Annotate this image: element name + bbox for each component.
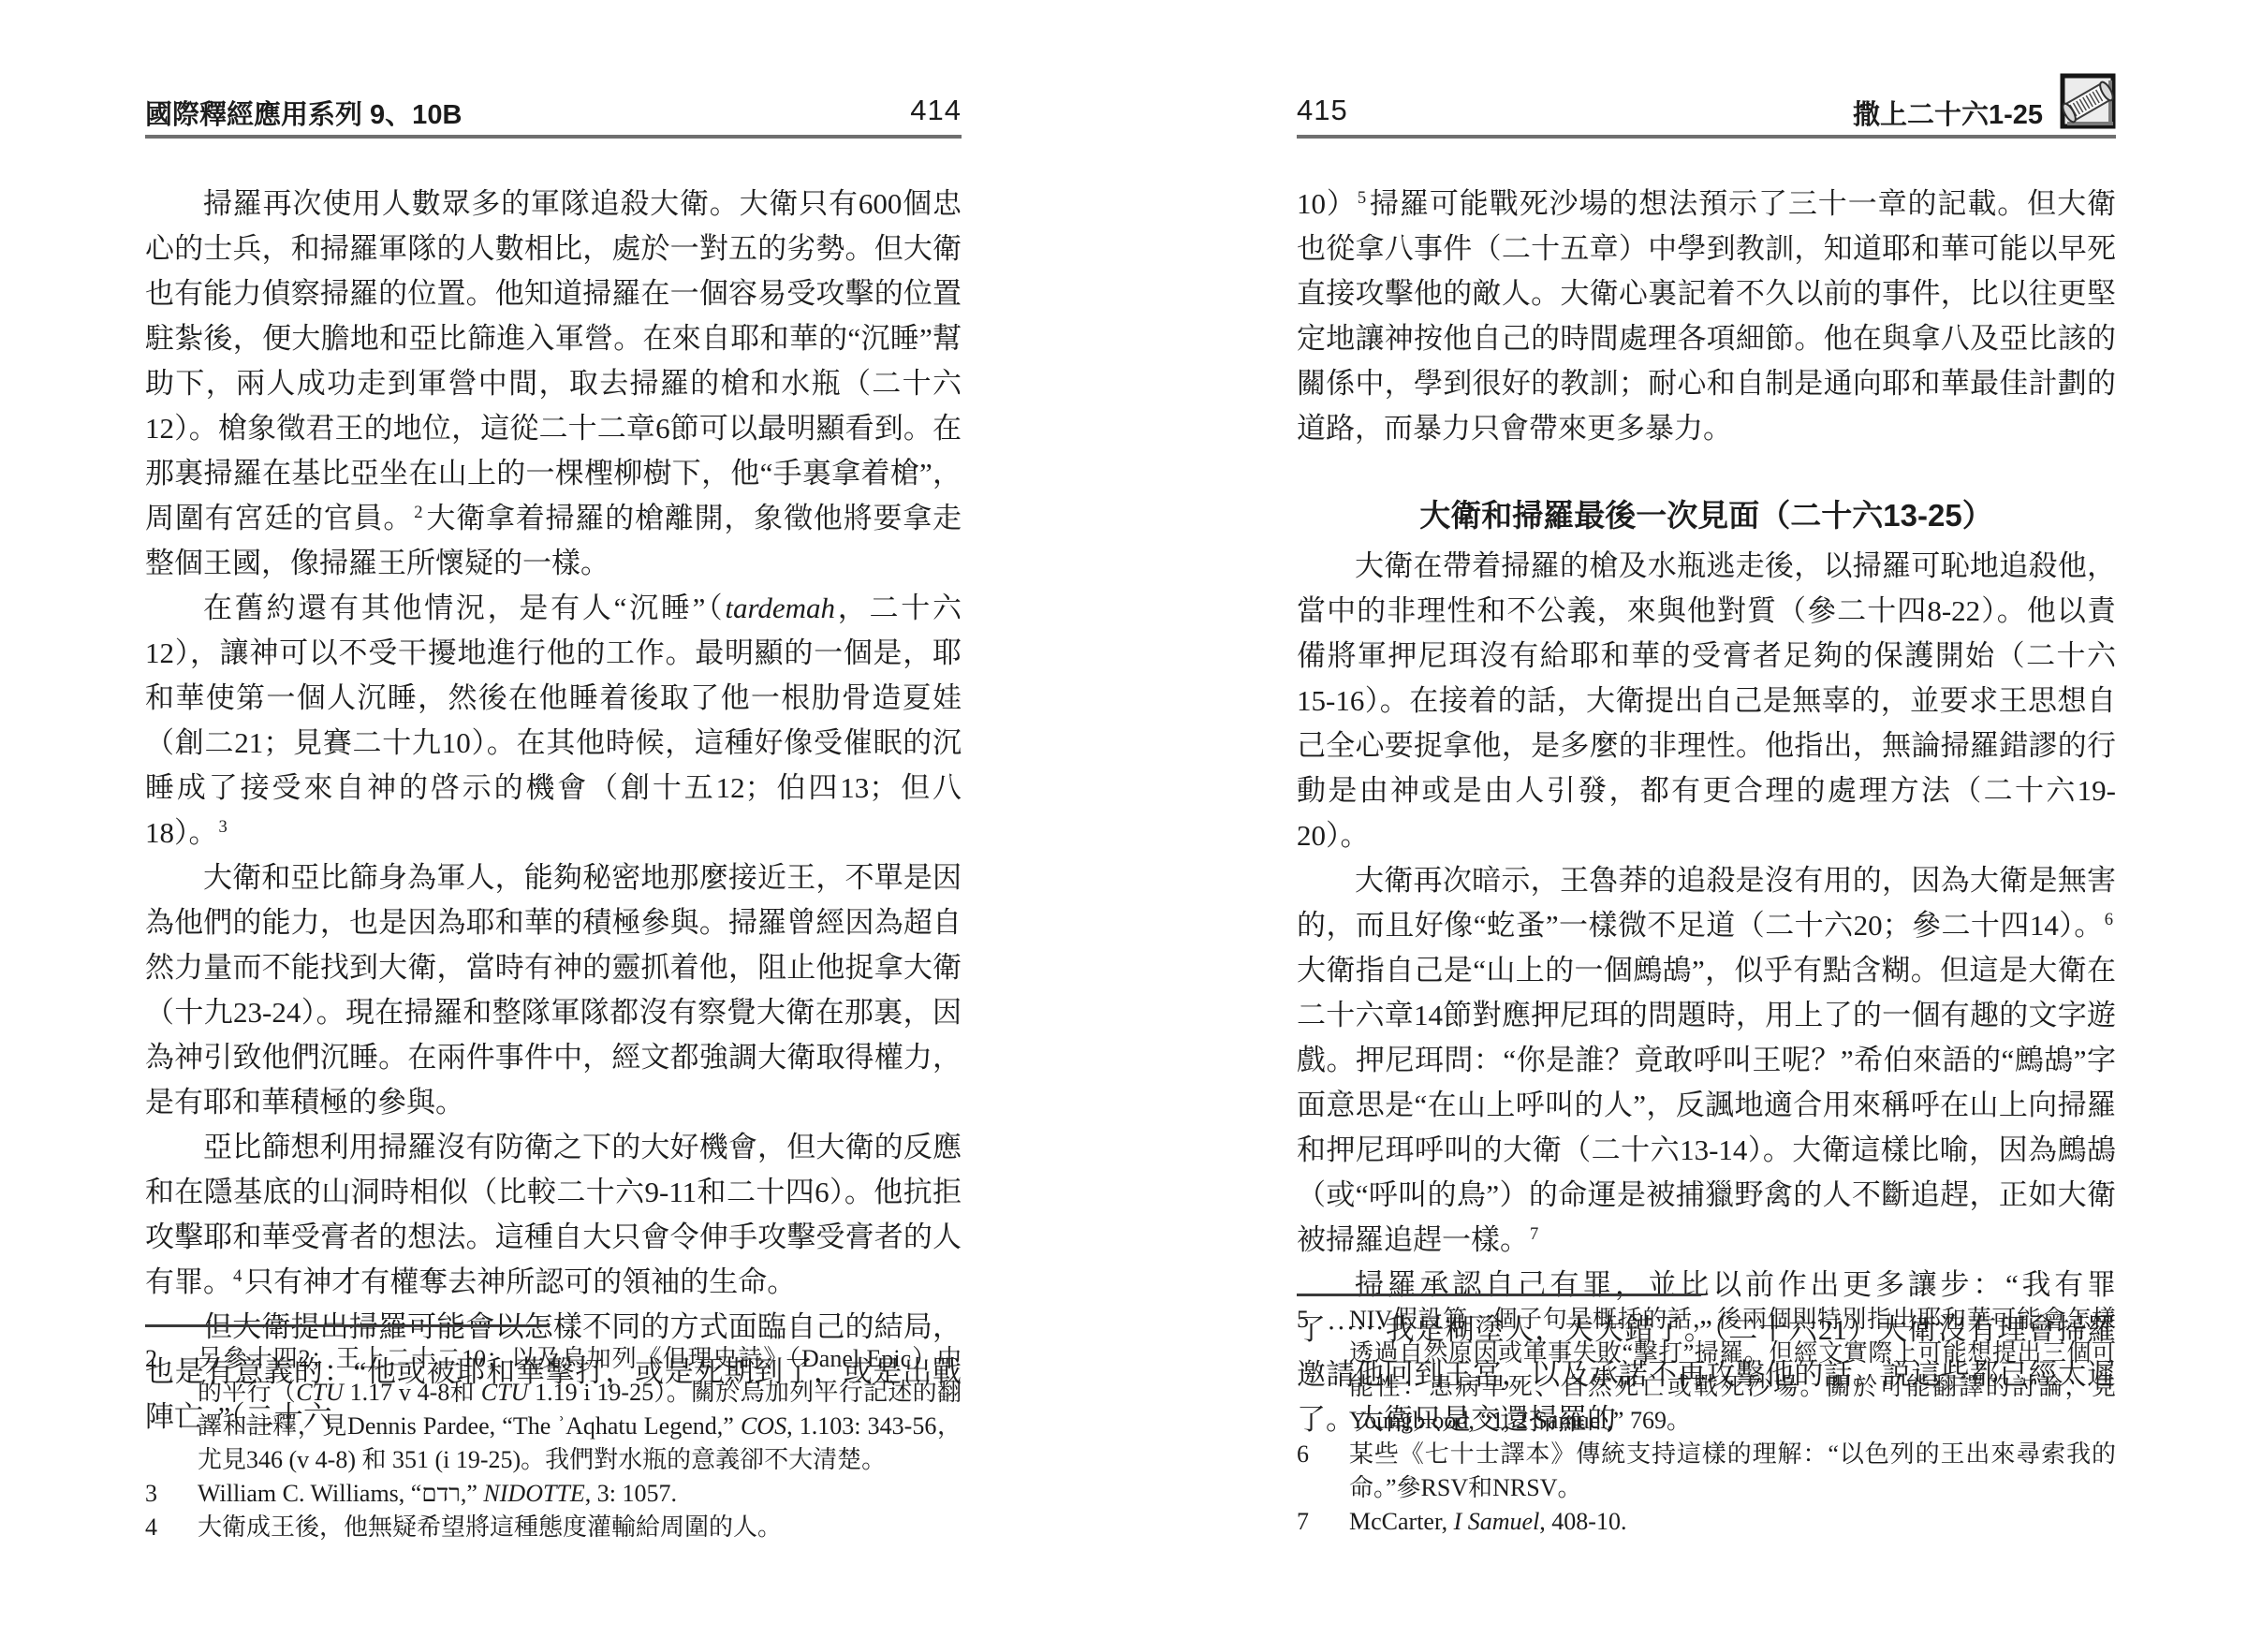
left-page-body: 掃羅再次使用人數眾多的軍隊追殺大衛。大衛只有600個忠心的士兵，和掃羅軍隊的人數… xyxy=(145,182,962,1440)
paragraph: 在舊約還有其他情況，是有人“沉睡”（tardemah，二十六12），讓神可以不受… xyxy=(145,586,962,855)
footnote-text: 大衛成王後，他無疑希望將這種態度灌輸給周圍的人。 xyxy=(198,1511,962,1544)
right-page-header: 415 撒上二十六1-25 xyxy=(1297,94,2116,139)
footnote-ref: 3 xyxy=(218,817,230,837)
footnote: 3William C. Williams, “רדם,” NIDOTTE, 3:… xyxy=(145,1477,962,1511)
footnote-number: 6 xyxy=(1297,1438,1349,1505)
chapter-title: 撒上二十六1-25 xyxy=(1853,94,2043,132)
left-page: 國際釋經應用系列 9、10B 414 掃羅再次使用人數眾多的軍隊追殺大衛。大衛只… xyxy=(145,94,962,1610)
section-heading: 大衛和掃羅最後一次見面（二十六13-25） xyxy=(1297,492,2116,539)
page-number-right: 415 xyxy=(1297,94,1348,127)
footnote-ref: 5 xyxy=(1357,188,1369,208)
footnote-text: William C. Williams, “רדם,” NIDOTTE, 3: … xyxy=(198,1477,962,1511)
footnote-separator-left xyxy=(145,1324,550,1327)
header-rule-right xyxy=(1297,135,2116,139)
footnote: 5NIV假設第一個子句是概括的話，後兩個則特別指出耶和華可能會怎樣透過自然原因或… xyxy=(1297,1303,2116,1438)
footnote-text: NIV假設第一個子句是概括的話，後兩個則特別指出耶和華可能會怎樣透過自然原因或軍… xyxy=(1349,1303,2116,1438)
footnote-number: 2 xyxy=(145,1342,198,1477)
footnote-number: 7 xyxy=(1297,1505,1349,1539)
header-rule-left xyxy=(145,135,962,139)
right-page: 415 撒上二十六1-25 xyxy=(1297,94,2116,1610)
footnote-ref: 2 xyxy=(413,503,425,522)
right-paragraphs-top: 10）5掃羅可能戰死沙場的想法預示了三十一章的記載。但大衛也從拿八事件（二十五章… xyxy=(1297,182,2116,451)
footnote: 2另參十四2；王上二十二10；以及烏加列《但理史詩》（Danel Epic）中的… xyxy=(145,1342,962,1477)
footnote-number: 3 xyxy=(145,1477,198,1511)
footnote-ref: 6 xyxy=(2104,910,2116,929)
paragraph: 掃羅再次使用人數眾多的軍隊追殺大衛。大衛只有600個忠心的士兵，和掃羅軍隊的人數… xyxy=(145,182,962,586)
footnote: 6某些《七十士譯本》傳統支持這樣的理解：“以色列的王出來尋索我的命。”參RSV和… xyxy=(1297,1438,2116,1505)
paragraph: 大衛再次暗示，王魯莽的追殺是沒有用的，因為大衛是無害的，而且好像“虼蚤”一樣微不… xyxy=(1297,858,2116,1263)
paragraph: 大衛和亞比篩身為軍人，能夠秘密地那麼接近王，不單是因為他們的能力，也是因為耶和華… xyxy=(145,855,962,1125)
footnote-number: 5 xyxy=(1297,1303,1349,1438)
footnote-separator-right xyxy=(1297,1294,1701,1296)
footnote: 7McCarter, I Samuel, 408-10. xyxy=(1297,1505,2116,1539)
page-number-left: 414 xyxy=(910,94,962,127)
series-title: 國際釋經應用系列 9、10B xyxy=(145,94,462,132)
paragraph: 亞比篩想利用掃羅沒有防衛之下的大好機會，但大衛的反應和在隱基底的山洞時相似（比較… xyxy=(145,1125,962,1305)
footnote-ref: 7 xyxy=(1529,1224,1541,1244)
right-page-footnotes: 5NIV假設第一個子句是概括的話，後兩個則特別指出耶和華可能會怎樣透過自然原因或… xyxy=(1297,1303,2116,1539)
footnote-text: McCarter, I Samuel, 408-10. xyxy=(1349,1505,2116,1539)
left-page-footnotes: 2另參十四2；王上二十二10；以及烏加列《但理史詩》（Danel Epic）中的… xyxy=(145,1342,962,1544)
right-page-body: 10）5掃羅可能戰死沙場的想法預示了三十一章的記載。但大衛也從拿八事件（二十五章… xyxy=(1297,182,2116,1442)
footnote-ref: 4 xyxy=(232,1266,244,1286)
footnote-number: 4 xyxy=(145,1511,198,1544)
paragraph: 大衛在帶着掃羅的槍及水瓶逃走後，以掃羅可恥地追殺他，當中的非理性和不公義，來與他… xyxy=(1297,544,2116,858)
left-page-header: 國際釋經應用系列 9、10B 414 xyxy=(145,94,962,139)
paragraph: 10）5掃羅可能戰死沙場的想法預示了三十一章的記載。但大衛也從拿八事件（二十五章… xyxy=(1297,182,2116,451)
footnote-text: 某些《七十士譯本》傳統支持這樣的理解：“以色列的王出來尋索我的命。”參RSV和N… xyxy=(1349,1438,2116,1505)
scroll-icon xyxy=(2060,73,2116,129)
footnote: 4大衛成王後，他無疑希望將這種態度灌輸給周圍的人。 xyxy=(145,1511,962,1544)
footnote-text: 另參十四2；王上二十二10；以及烏加列《但理史詩》（Danel Epic）中的平… xyxy=(198,1342,962,1477)
